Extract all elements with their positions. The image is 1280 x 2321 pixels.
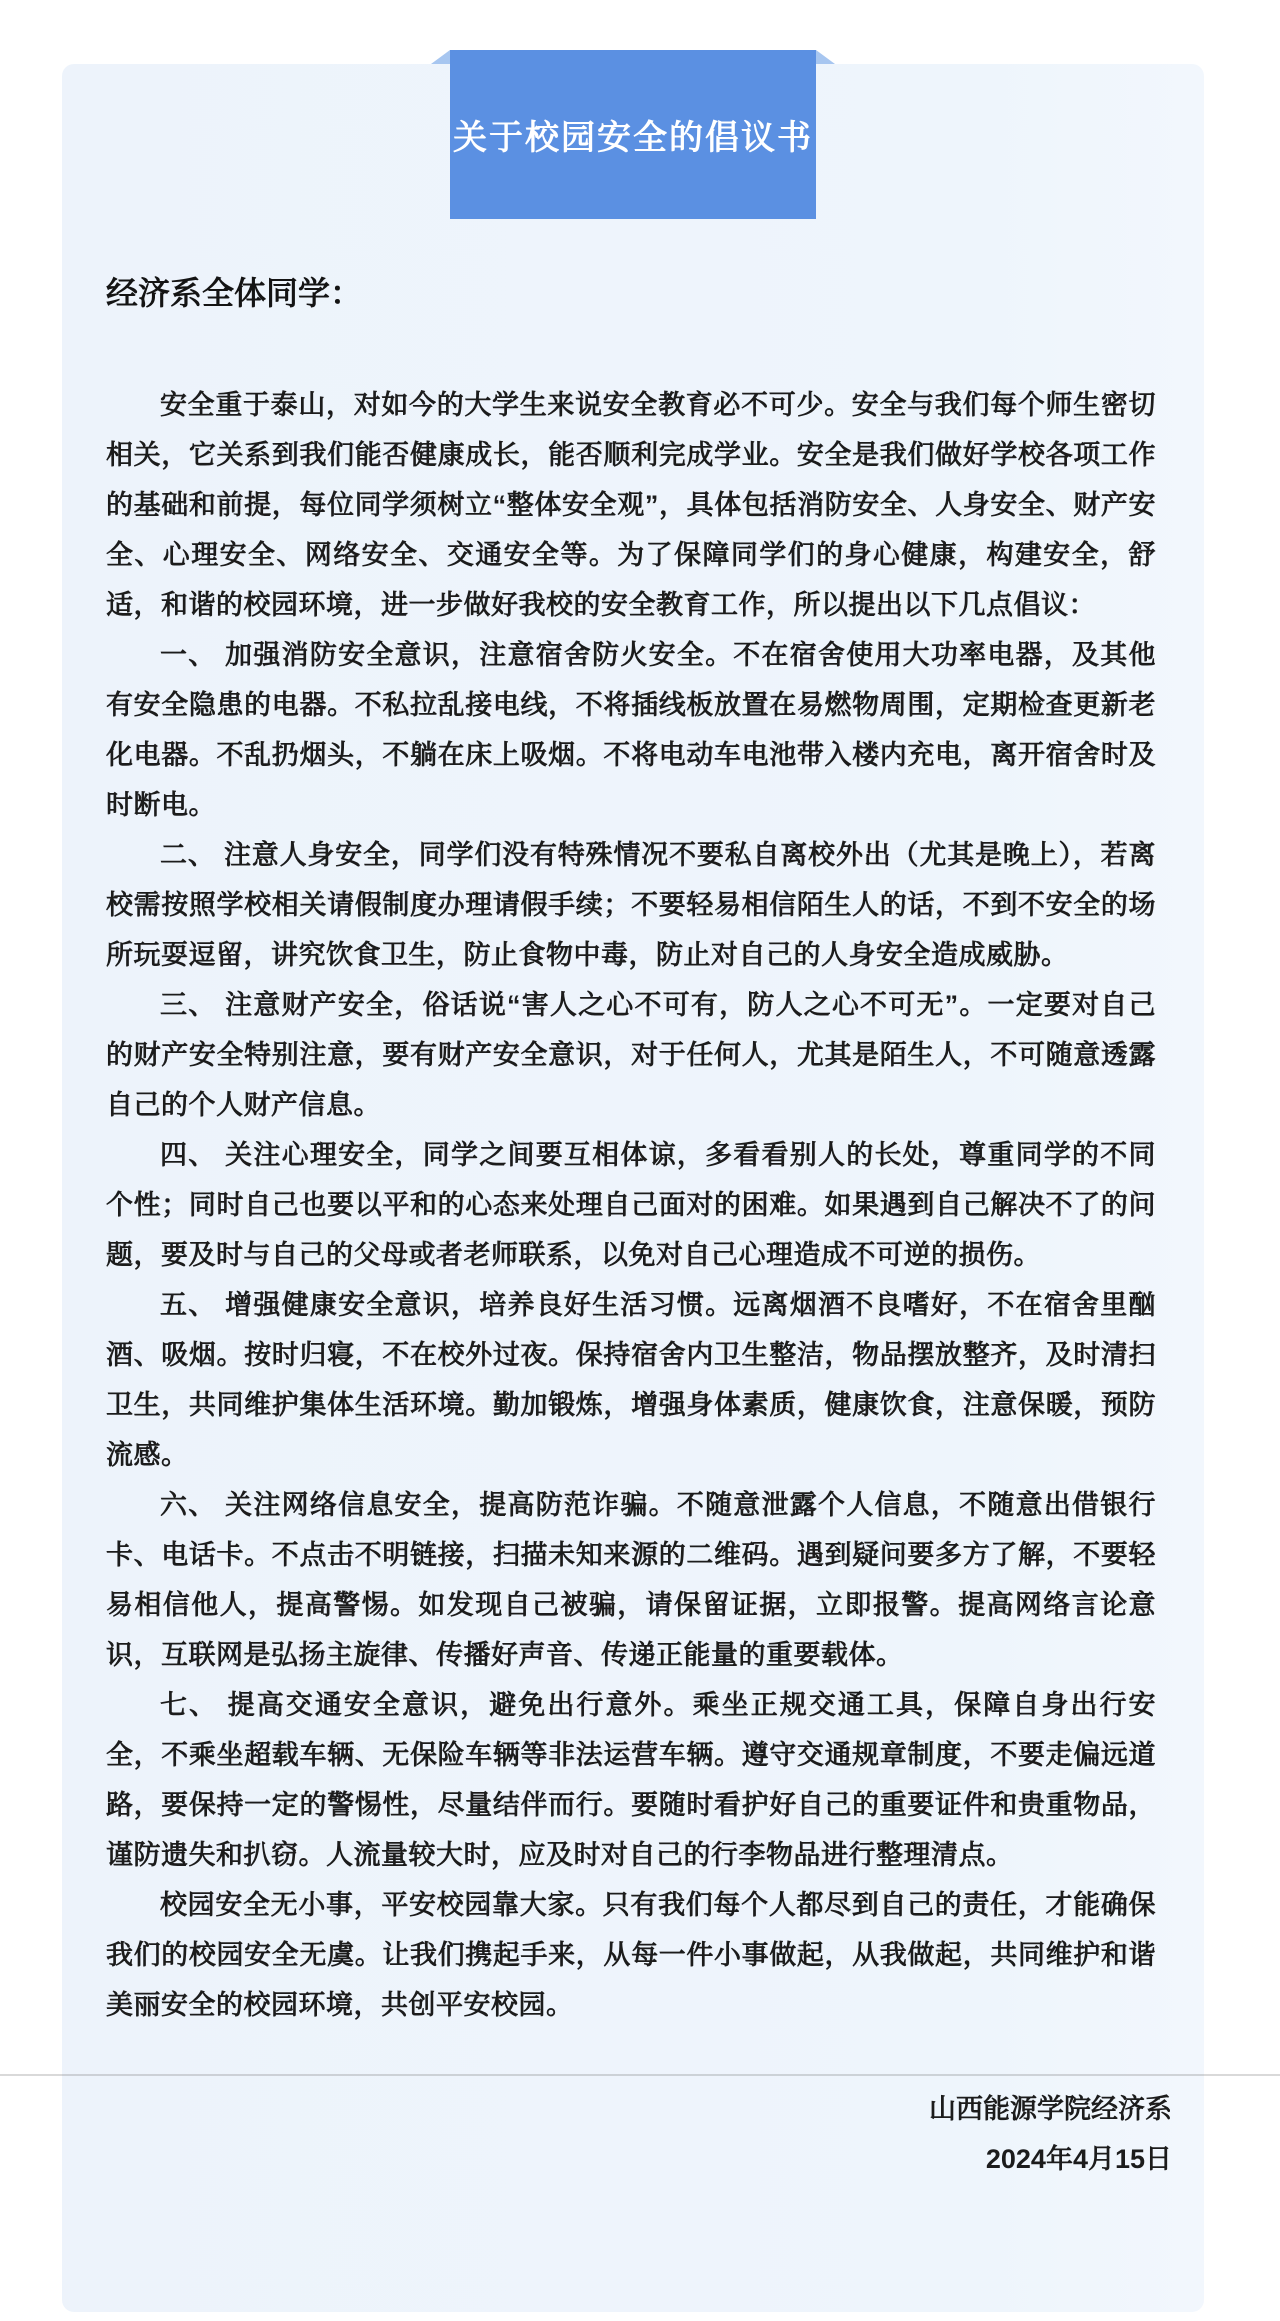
item-2-personal-safety: 二、 注意人身安全，同学们没有特殊情况不要私自离校外出（尤其是晚上），若离校需按… <box>106 830 1156 980</box>
signature-block: 山西能源学院经济系 2024年4月15日 <box>106 2084 1172 2184</box>
document-card: 关于校园安全的倡议书 经济系全体同学： 安全重于泰山，对如今的大学生来说安全教育… <box>62 64 1204 2312</box>
ribbon-fold-right <box>816 50 835 64</box>
title-ribbon: 关于校园安全的倡议书 <box>450 50 816 219</box>
item-4-mental-safety: 四、 关注心理安全，同学之间要互相体谅，多看看别人的长处，尊重同学的不同个性；同… <box>106 1130 1156 1280</box>
signature-date: 2024年4月15日 <box>106 2134 1172 2184</box>
ribbon-fold-left <box>431 50 450 64</box>
screenshot-stitch-divider <box>0 2074 1280 2076</box>
item-5-health-safety: 五、 增强健康安全意识，培养良好生活习惯。远离烟酒不良嗜好，不在宿舍里酗酒、吸烟… <box>106 1280 1156 1480</box>
signature-org: 山西能源学院经济系 <box>106 2084 1172 2134</box>
salutation: 经济系全体同学： <box>106 270 1156 316</box>
item-6-network-safety: 六、 关注网络信息安全，提高防范诈骗。不随意泄露个人信息，不随意出借银行卡、电话… <box>106 1480 1156 1680</box>
document-content: 经济系全体同学： 安全重于泰山，对如今的大学生来说安全教育必不可少。安全与我们每… <box>106 64 1156 2184</box>
item-1-fire-safety: 一、 加强消防安全意识，注意宿舍防火安全。不在宿舍使用大功率电器，及其他有安全隐… <box>106 630 1156 830</box>
page-title: 关于校园安全的倡议书 <box>453 110 813 159</box>
intro-paragraph: 安全重于泰山，对如今的大学生来说安全教育必不可少。安全与我们每个师生密切相关，它… <box>106 380 1156 630</box>
document-body: 安全重于泰山，对如今的大学生来说安全教育必不可少。安全与我们每个师生密切相关，它… <box>106 380 1156 2030</box>
closing-paragraph: 校园安全无小事，平安校园靠大家。只有我们每个人都尽到自己的责任，才能确保我们的校… <box>106 1880 1156 2030</box>
item-7-traffic-safety: 七、 提高交通安全意识，避免出行意外。乘坐正规交通工具，保障自身出行安全，不乘坐… <box>106 1680 1156 1880</box>
item-3-property-safety: 三、 注意财产安全，俗话说“害人之心不可有，防人之心不可无”。一定要对自己的财产… <box>106 980 1156 1130</box>
